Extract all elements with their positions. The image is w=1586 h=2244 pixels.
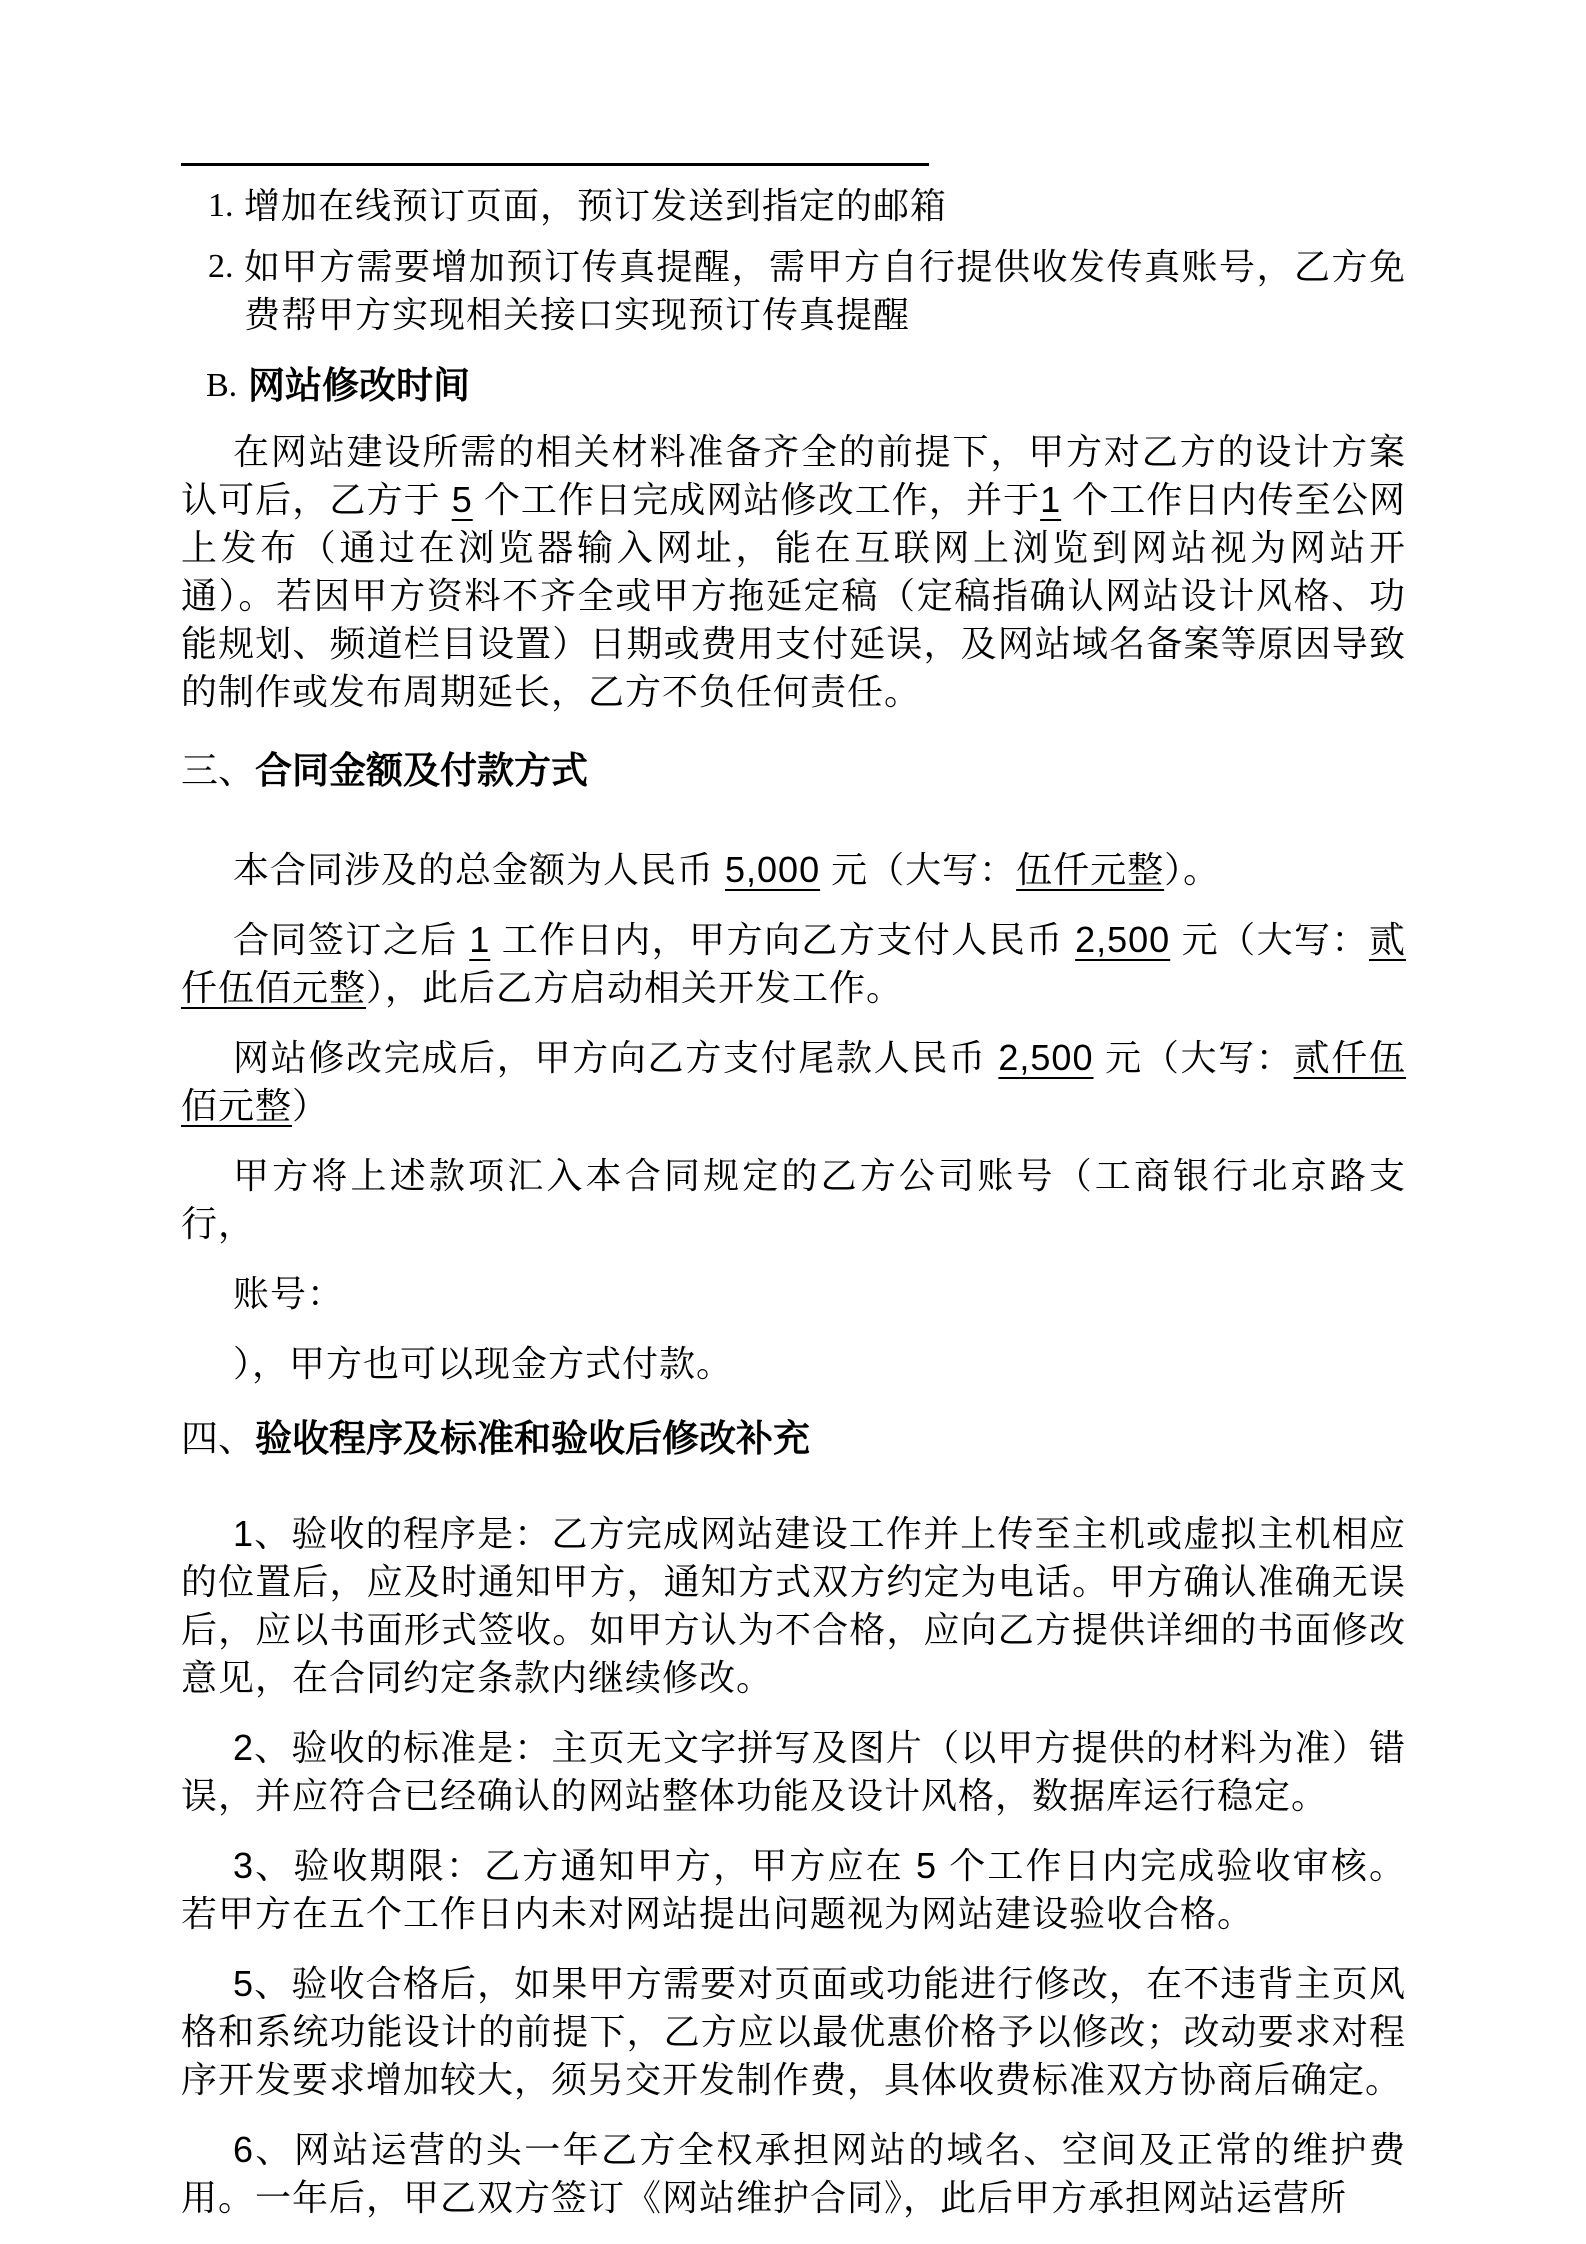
section-4-label: 四、 [181, 1414, 255, 1464]
text-segment: ）。 [1164, 849, 1220, 890]
spacer [181, 1464, 1406, 1488]
maintenance-paragraph: 6、网站运营的头一年乙方全权承担网站的域名、空间及正常的维护费用。一年后，甲乙双… [181, 2126, 1406, 2222]
underlined-text: 1 [1040, 479, 1061, 520]
header-rule [181, 163, 929, 166]
text-segment: 本合同涉及的总金额为人民币 [233, 849, 725, 890]
acceptance-procedure-paragraph: 1、验收的程序是：乙方完成网站建设工作并上传至主机或虚拟主机相应的位置后，应及时… [181, 1510, 1406, 1702]
account-number-line: 账号： [181, 1270, 1406, 1318]
list-item: 2. 如甲方需要增加预订传真提醒，需甲方自行提供收发传真账号，乙方免费帮甲方实现… [181, 243, 1406, 339]
section-4-heading: 四、 验收程序及标准和验收后修改补充 [181, 1414, 1406, 1464]
section-b-title: 网站修改时间 [248, 361, 470, 411]
section-3-title: 合同金额及付款方式 [255, 746, 588, 796]
text-segment: ） [292, 1085, 329, 1126]
bank-paragraph: 甲方将上述款项汇入本合同规定的乙方公司账号（工商银行北京路支行， [181, 1152, 1406, 1248]
text-segment: ），此后乙方启动相关开发工作。 [366, 967, 903, 1008]
list-number: 2. [208, 243, 244, 339]
underlined-text: 5,000 [725, 849, 820, 890]
acceptance-deadline-paragraph: 3、验收期限：乙方通知甲方，甲方应在 5 个工作日内完成验收审核。若甲方在五个工… [181, 1842, 1406, 1938]
acceptance-standard-paragraph: 2、验收的标准是：主页无文字拼写及图片（以甲方提供的材料为准）错误，并应符合已经… [181, 1724, 1406, 1820]
post-acceptance-modification-paragraph: 5、验收合格后，如果甲方需要对页面或功能进行修改，在不违背主页风格和系统功能设计… [181, 1960, 1406, 2104]
total-amount-paragraph: 本合同涉及的总金额为人民币 5,000 元（大写：伍仟元整）。 [181, 846, 1406, 894]
list-number: 1. [208, 182, 244, 230]
first-payment-paragraph: 合同签订之后 1 工作日内，甲方向乙方支付人民币 2,500 元（大写：贰仟伍佰… [181, 916, 1406, 1012]
section-b-label: B. [206, 361, 248, 411]
underlined-text: 5 [452, 479, 473, 520]
text-segment: 工作日内，甲方向乙方支付人民币 [490, 919, 1075, 960]
text-segment: 合同签订之后 [233, 919, 469, 960]
underlined-text: 1 [469, 919, 490, 960]
section-3-heading: 三、 合同金额及付款方式 [181, 746, 1406, 796]
underlined-text: 2,500 [1075, 919, 1170, 960]
underlined-text: 2,500 [998, 1037, 1093, 1078]
section-b-paragraph: 在网站建设所需的相关材料准备齐全的前提下，甲方对乙方的设计方案认可后，乙方于 5… [181, 428, 1406, 716]
text-segment: 元（大写： [1170, 919, 1369, 960]
cash-payment-line: ），甲方也可以现金方式付款。 [181, 1340, 1406, 1388]
section-3-label: 三、 [181, 746, 255, 796]
section-4-title: 验收程序及标准和验收后修改补充 [255, 1414, 810, 1464]
list-item-text: 如甲方需要增加预订传真提醒，需甲方自行提供收发传真账号，乙方免费帮甲方实现相关接… [244, 243, 1406, 339]
text-segment: 元（大写： [820, 849, 1016, 890]
list-item-text: 增加在线预订页面，预订发送到指定的邮箱 [244, 182, 1406, 230]
final-payment-paragraph: 网站修改完成后，甲方向乙方支付尾款人民币 2,500 元（大写：贰仟伍佰元整） [181, 1034, 1406, 1130]
section-b-heading: B. 网站修改时间 [181, 361, 1406, 411]
text-segment: 元（大写： [1093, 1037, 1293, 1078]
text-segment: 个工作日完成网站修改工作，并于 [473, 479, 1040, 520]
contract-page: 1. 增加在线预订页面，预订发送到指定的邮箱 2. 如甲方需要增加预订传真提醒，… [0, 0, 1586, 2244]
spacer [181, 796, 1406, 812]
list-item: 1. 增加在线预订页面，预订发送到指定的邮箱 [181, 182, 1406, 230]
underlined-text: 伍仟元整 [1016, 849, 1164, 890]
text-segment: 网站修改完成后，甲方向乙方支付尾款人民币 [233, 1037, 998, 1078]
